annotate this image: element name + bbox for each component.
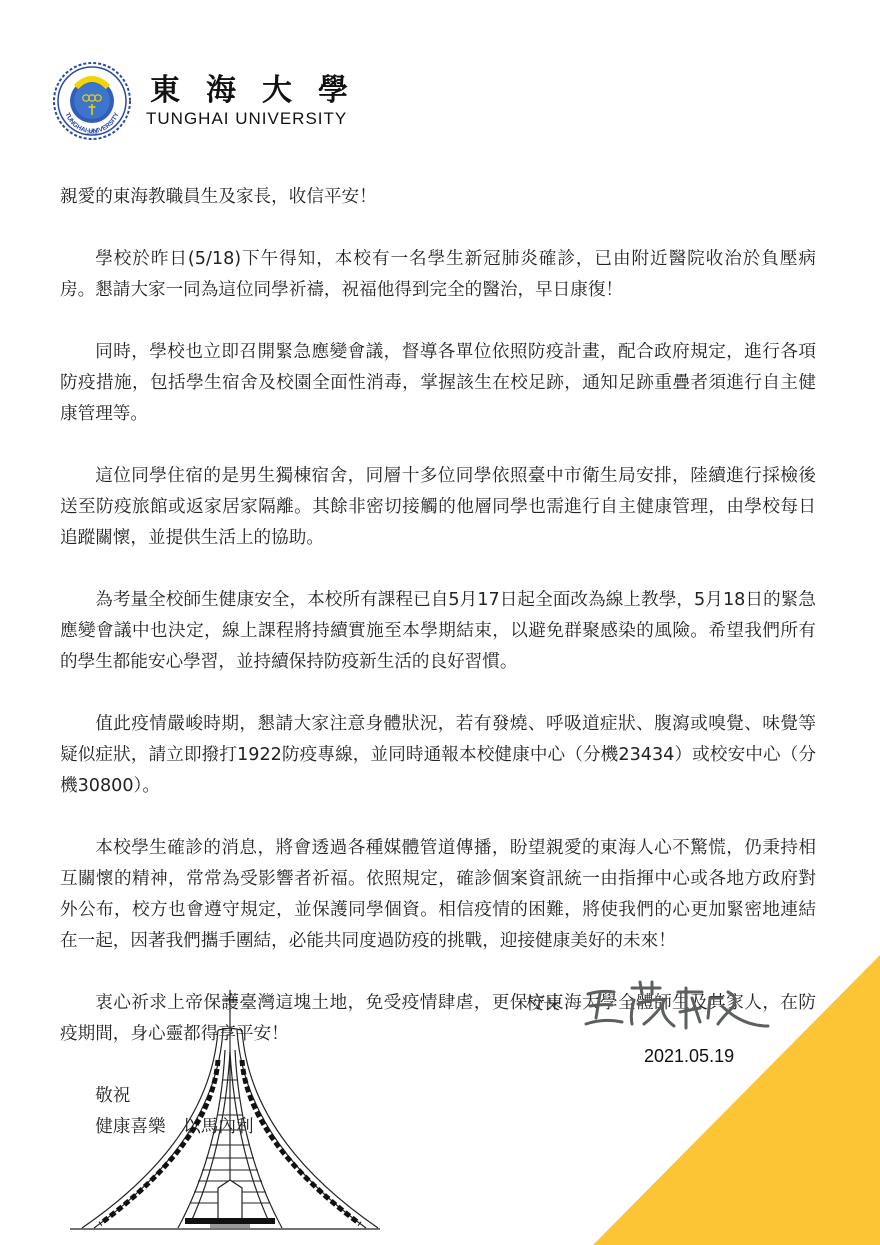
- university-name: 東海大學 TUNGHAI UNIVERSITY: [146, 73, 374, 129]
- letter-date: 2021.05.19: [644, 1046, 734, 1067]
- greeting: 親愛的東海教職員生及家長，收信平安！: [60, 182, 816, 213]
- paragraph-4: 為考量全校師生健康安全，本校所有課程已自5月17日起全面改為線上教學，5月18日…: [60, 585, 816, 678]
- paragraph-6: 本校學生確診的消息，將會透過各種媒體管道傳播，盼望親愛的東海人心不驚慌，仍秉持相…: [60, 833, 816, 957]
- signature-title: 校長: [526, 989, 560, 1014]
- tunghai-university-seal-icon: 1955 TUNGHAI UNIVERSITY: [52, 61, 132, 141]
- letterhead: 1955 TUNGHAI UNIVERSITY 東海大學 TUNGHAI UNI…: [52, 60, 374, 142]
- paragraph-5: 值此疫情嚴峻時期，懇請大家注意身體狀況，若有發燒、呼吸道症狀、腹瀉或嗅覺、味覺等…: [60, 709, 816, 802]
- paragraph-3: 這位同學住宿的是男生獨棟宿舍，同層十多位同學依照臺中市衛生局安排，陸續進行採檢後…: [60, 461, 816, 554]
- president-signature: [582, 978, 772, 1038]
- luce-chapel-illustration-icon: [60, 980, 380, 1240]
- paragraph-1: 學校於昨日(5/18)下午得知，本校有一名學生新冠肺炎確診，已由附近醫院收治於負…: [60, 244, 816, 306]
- university-name-en: TUNGHAI UNIVERSITY: [146, 109, 374, 129]
- paragraph-2: 同時，學校也立即召開緊急應變會議，督導各單位依照防疫計畫，配合政府規定，進行各項…: [60, 337, 816, 430]
- university-name-zh: 東海大學: [146, 73, 374, 109]
